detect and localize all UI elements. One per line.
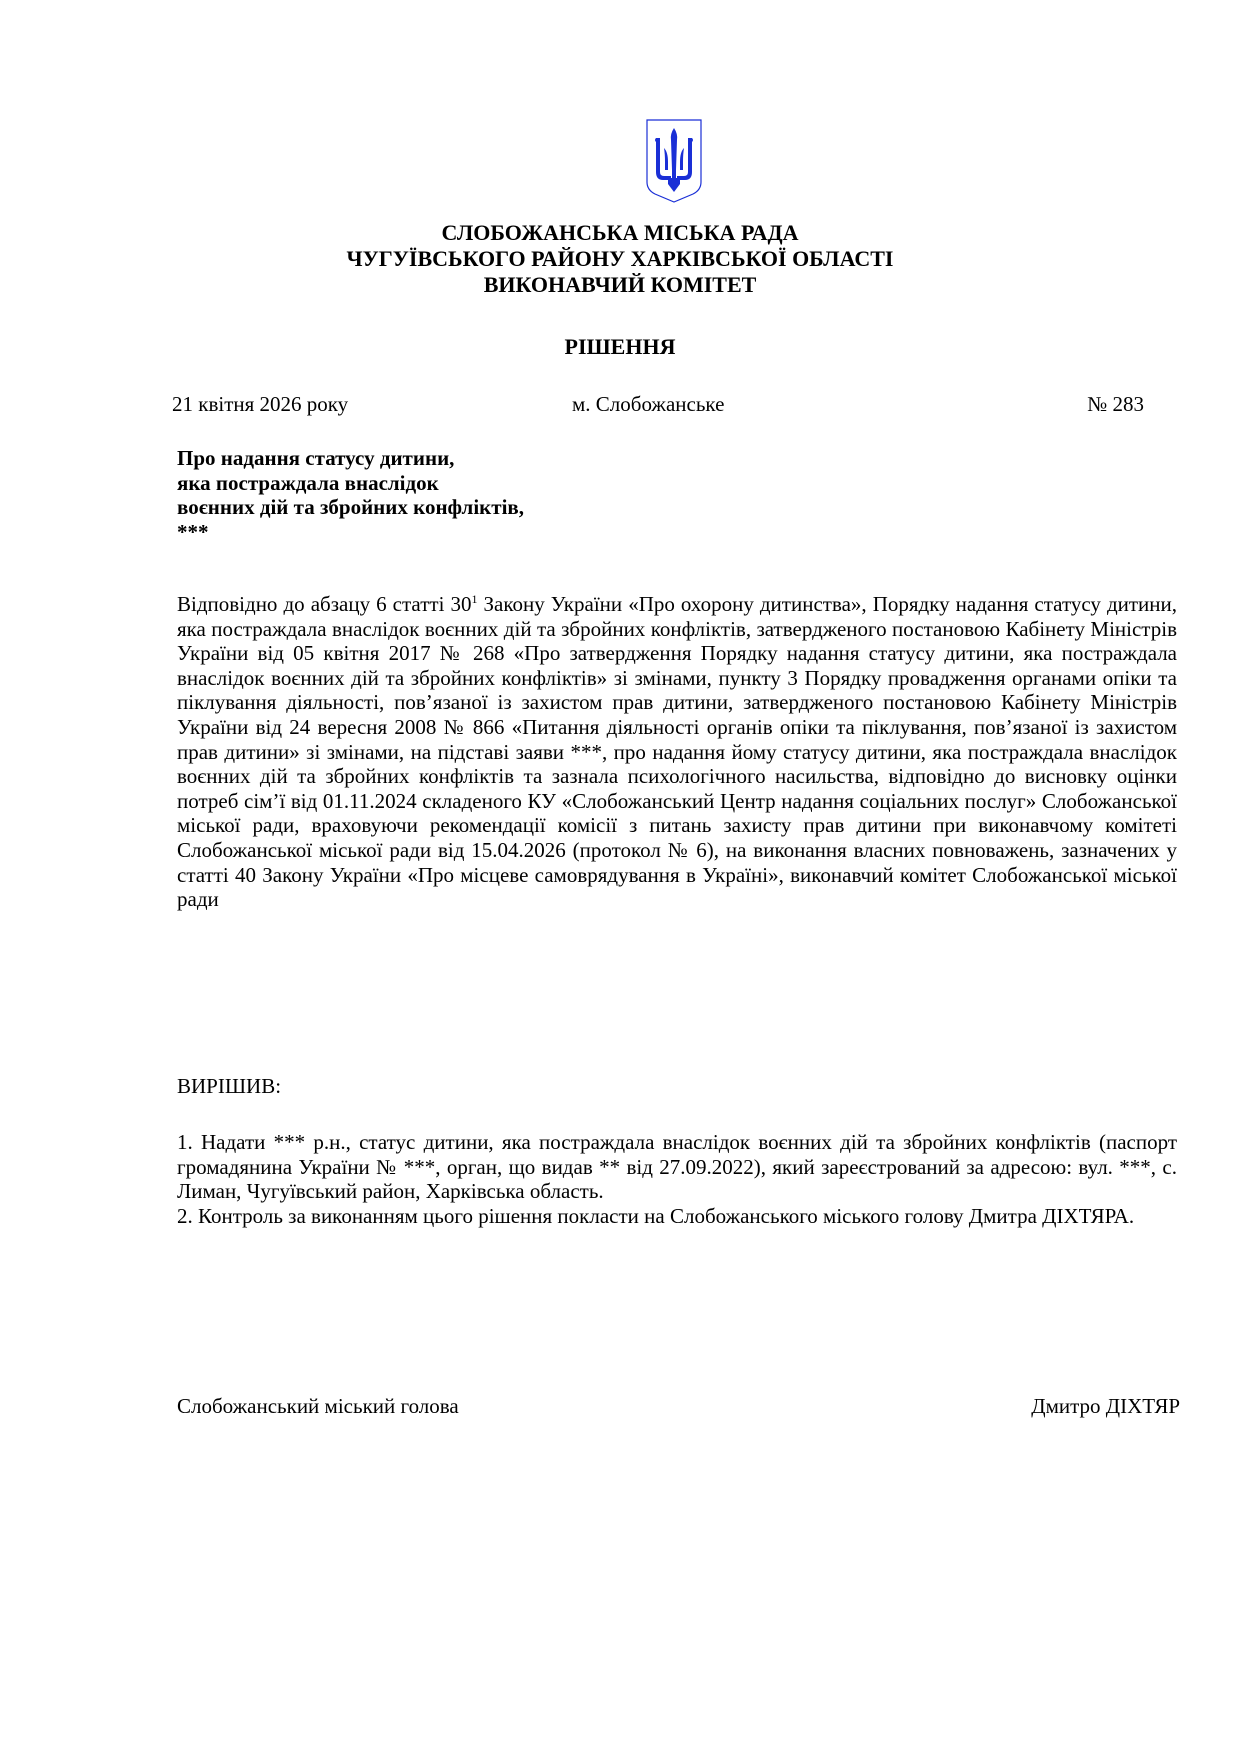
executive-committee: ВИКОНАВЧИЙ КОМІТЕТ [0, 272, 1240, 298]
signatory-name: Дмитро ДІХТЯР [1031, 1394, 1180, 1419]
signatory-role: Слобожанський міський голова [177, 1394, 459, 1419]
subject-line: *** [177, 520, 524, 545]
resolved-label: ВИРІШИВ: [177, 1074, 281, 1099]
document-place: м. Слобожанське [572, 392, 724, 417]
document-date: 21 квітня 2026 року [172, 392, 348, 417]
document-number: № 283 [1087, 392, 1144, 417]
subject-line: яка постраждала внаслідок [177, 471, 524, 496]
council-name: СЛОБОЖАНСЬКА МІСЬКА РАДА [0, 220, 1240, 246]
preamble-part-2: Закону України «Про охорону дитинства», … [177, 592, 1177, 911]
preamble-paragraph: Відповідно до абзацу 6 статті 301 Закону… [177, 592, 1177, 912]
resolution-item: 2. Контроль за виконанням цього рішення … [177, 1204, 1177, 1229]
resolution-item: 1. Надати *** р.н., статус дитини, яка п… [177, 1130, 1177, 1204]
coat-of-arms-trident-icon [645, 118, 703, 204]
document-subject: Про надання статусу дитини, яка постражд… [177, 446, 524, 544]
document-type-title: РІШЕННЯ [0, 334, 1240, 360]
subject-line: Про надання статусу дитини, [177, 446, 524, 471]
resolution-items: 1. Надати *** р.н., статус дитини, яка п… [177, 1130, 1177, 1228]
document-page: СЛОБОЖАНСЬКА МІСЬКА РАДА ЧУГУЇВСЬКОГО РА… [0, 0, 1240, 1754]
district-region: ЧУГУЇВСЬКОГО РАЙОНУ ХАРКІВСЬКОЇ ОБЛАСТІ [0, 246, 1240, 272]
subject-line: воєнних дій та збройних конфліктів, [177, 495, 524, 520]
preamble-part-1: Відповідно до абзацу 6 статті 30 [177, 592, 471, 616]
